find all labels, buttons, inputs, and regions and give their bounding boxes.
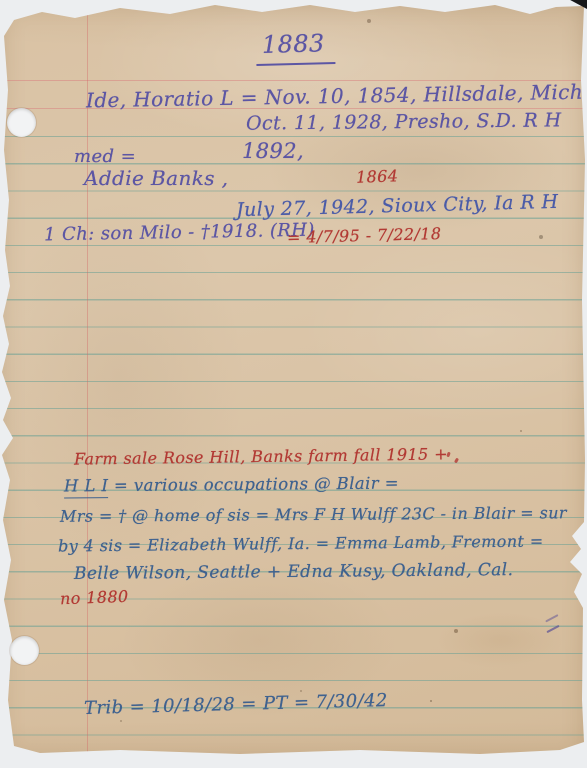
note-occupation-initials: H L I xyxy=(64,476,109,498)
paper-specks xyxy=(0,0,2,2)
note-residence: Mrs = † @ home of sis = Mrs F H Wulff 23… xyxy=(60,503,567,526)
margin-line xyxy=(87,0,88,754)
paper-sheet: 1883 Ide, Horatio L = Nov. 10, 1854, Hil… xyxy=(0,0,587,768)
note-occupation: H L I = various occupations @ Blair = xyxy=(64,474,399,496)
note-occupation-text: = various occupations @ Blair = xyxy=(108,474,399,496)
note-census: no 1880 xyxy=(60,587,129,608)
red-pen-ticks xyxy=(446,452,462,466)
entry-married-label: med = xyxy=(74,146,136,167)
entry-spouse-birth-year: 1864 xyxy=(356,166,399,186)
page-title: 1883 xyxy=(256,29,336,66)
entry-death: Oct. 11, 1928, Presho, S.D. R H xyxy=(246,109,562,134)
hole-punch-top xyxy=(7,108,36,137)
hole-punch-bottom xyxy=(10,636,39,665)
scanned-document: 1883 Ide, Horatio L = Nov. 10, 1854, Hil… xyxy=(0,0,587,768)
entry-spouse-name: Addie Banks , xyxy=(84,166,228,190)
note-survivors-2: Belle Wilson, Seattle + Edna Kusy, Oakla… xyxy=(74,560,514,584)
entry-married-year: 1892, xyxy=(242,139,304,163)
entry-child-dates: = 4/7/95 - 7/22/18 xyxy=(287,224,442,247)
